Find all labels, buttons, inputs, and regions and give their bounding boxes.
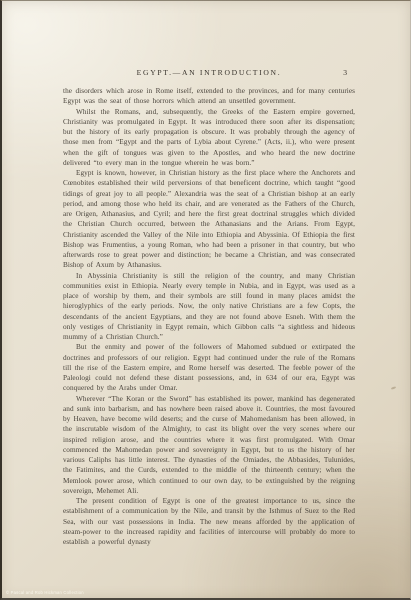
scanned-book-page: EGYPT.—AN INTRODUCTION. 3 the disorders … xyxy=(0,0,411,600)
body-paragraph: But the enmity and power of the follower… xyxy=(63,342,355,393)
body-paragraph: the disorders which arose in Rome itself… xyxy=(63,86,355,107)
body-paragraph: Whilst the Romans, and, subsequently, th… xyxy=(63,107,355,169)
running-header: EGYPT.—AN INTRODUCTION. 3 xyxy=(63,68,355,80)
body-paragraph: In Abyssinia Christianity is still the r… xyxy=(63,271,355,343)
body-paragraph: Egypt is known, however, in Christian hi… xyxy=(63,168,355,271)
page-body-text: the disorders which arose in Rome itself… xyxy=(63,86,355,547)
paper-speck xyxy=(391,386,396,390)
body-paragraph: Wherever “The Koran or the Sword” has es… xyxy=(63,394,355,497)
body-paragraph: The present condition of Egypt is one of… xyxy=(63,496,355,547)
page-number: 3 xyxy=(343,68,347,77)
running-header-title: EGYPT.—AN INTRODUCTION. xyxy=(63,68,355,77)
collection-watermark: © Pascal and Rob Hickman Collection xyxy=(6,590,84,595)
